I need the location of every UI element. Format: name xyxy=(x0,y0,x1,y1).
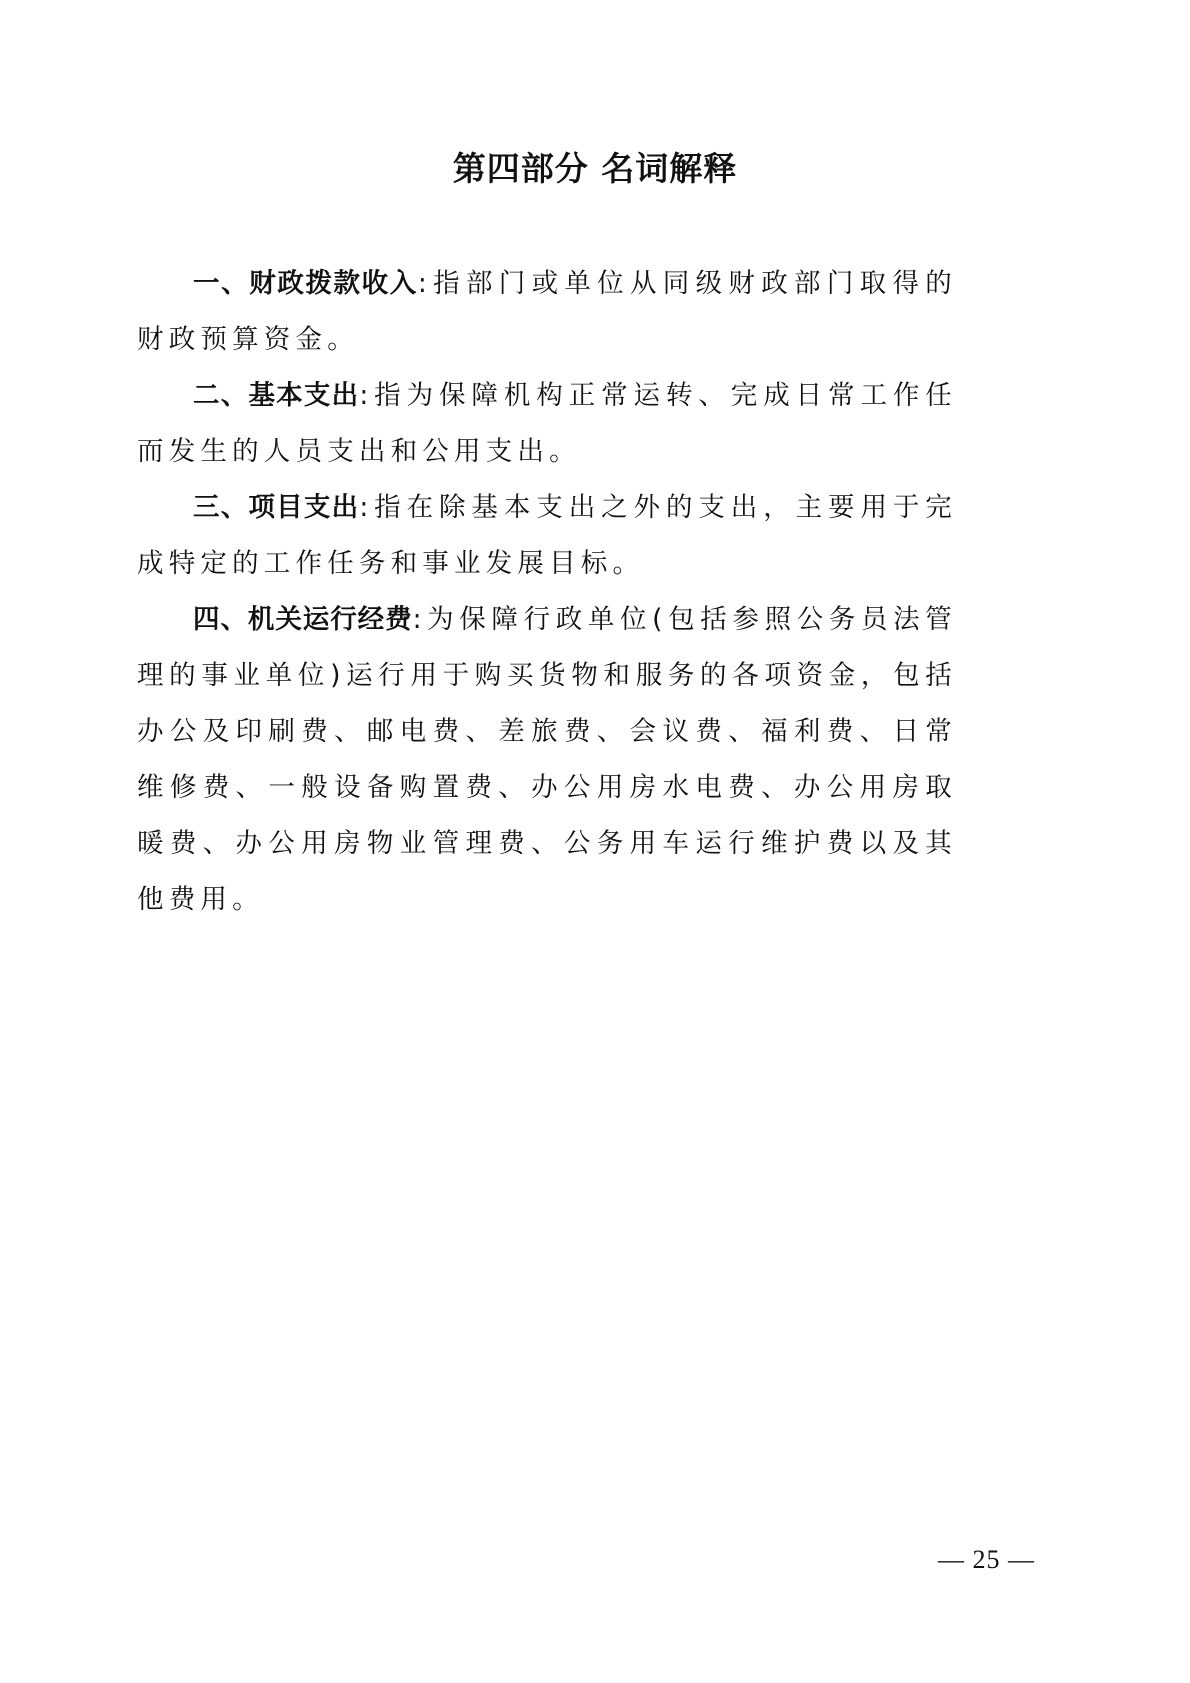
term-label: 二、基本支出 xyxy=(193,380,359,411)
section-title: 第四部分 名词解释 xyxy=(0,143,1190,190)
glossary-entry-1: 一、财政拨款收入:指部门或单位从同级财政部门取得的财政预算资金。 xyxy=(137,256,957,368)
term-label: 一、财政拨款收入 xyxy=(193,268,418,299)
page-number: — 25 — xyxy=(938,1545,1035,1575)
term-definition: :为保障行政单位(包括参照公务员法管理的事业单位)运行用于购买货物和服务的各项资… xyxy=(137,604,957,915)
glossary-entry-2: 二、基本支出:指为保障机构正常运转、完成日常工作任而发生的人员支出和公用支出。 xyxy=(137,368,957,480)
glossary-body: 一、财政拨款收入:指部门或单位从同级财政部门取得的财政预算资金。 二、基本支出:… xyxy=(137,256,957,928)
term-label: 四、机关运行经费 xyxy=(193,604,413,635)
term-label: 三、项目支出 xyxy=(193,492,359,523)
glossary-entry-4: 四、机关运行经费:为保障行政单位(包括参照公务员法管理的事业单位)运行用于购买货… xyxy=(137,592,957,928)
glossary-entry-3: 三、项目支出:指在除基本支出之外的支出，主要用于完成特定的工作任务和事业发展目标… xyxy=(137,480,957,592)
